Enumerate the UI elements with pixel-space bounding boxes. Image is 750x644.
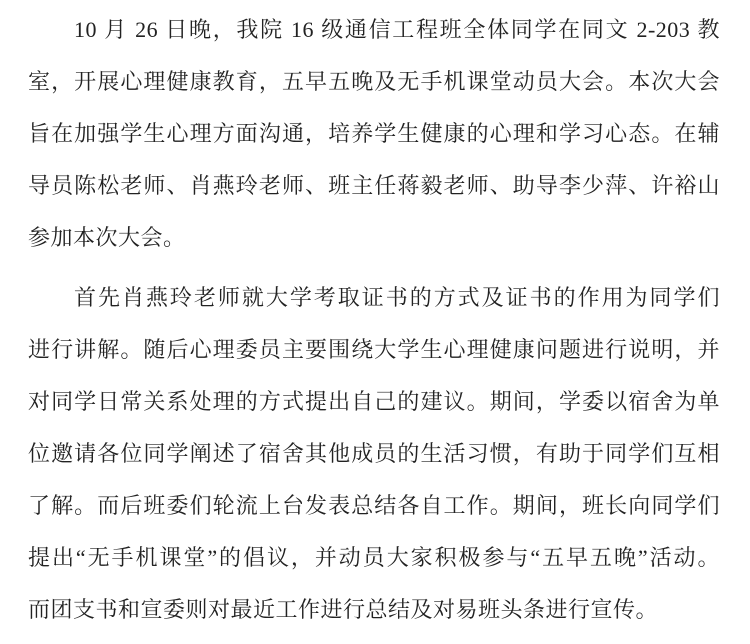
text-line: 旨在加强学生心理方面沟通，培养学生健康的心理和学习心态。在辅: [28, 108, 720, 160]
text-line: 对同学日常关系处理的方式提出自己的建议。期间，学委以宿舍为单: [28, 376, 720, 428]
paragraph-1: 10 月 26 日晚，我院 16 级通信工程班全体同学在同文 2-203 教室，…: [28, 4, 720, 264]
text-line: 参加本次大会。: [28, 212, 720, 264]
text-line: 进行讲解。随后心理委员主要围绕大学生心理健康问题进行说明，并: [28, 324, 720, 376]
text-line: 了解。而后班委们轮流上台发表总结各自工作。期间，班长向同学们: [28, 480, 720, 532]
text-line: 室，开展心理健康教育，五早五晚及无手机课堂动员大会。本次大会: [28, 56, 720, 108]
text-line: 10 月 26 日晚，我院 16 级通信工程班全体同学在同文 2-203 教: [28, 4, 720, 56]
text-line: 提出“无手机课堂”的倡议，并动员大家积极参与“五早五晚”活动。: [28, 532, 720, 584]
text-line: 导员陈松老师、肖燕玲老师、班主任蒋毅老师、助导李少萍、许裕山: [28, 160, 720, 212]
document-page: 10 月 26 日晚，我院 16 级通信工程班全体同学在同文 2-203 教室，…: [0, 0, 750, 644]
document-body: 10 月 26 日晚，我院 16 级通信工程班全体同学在同文 2-203 教室，…: [28, 4, 720, 636]
text-line: 位邀请各位同学阐述了宿舍其他成员的生活习惯，有助于同学们互相: [28, 428, 720, 480]
text-line: 首先肖燕玲老师就大学考取证书的方式及证书的作用为同学们: [28, 272, 720, 324]
paragraph-2: 首先肖燕玲老师就大学考取证书的方式及证书的作用为同学们进行讲解。随后心理委员主要…: [28, 272, 720, 636]
text-line: 而团支书和宣委则对最近工作进行总结及对易班头条进行宣传。: [28, 584, 720, 636]
